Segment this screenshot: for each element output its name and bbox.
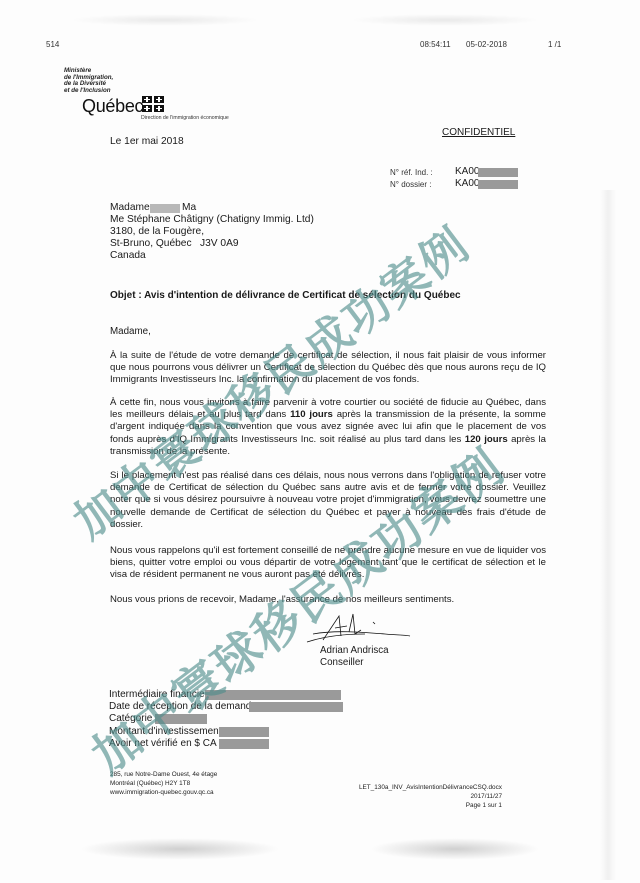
document-filename: LET_130a_INV_AvisIntentionDélivranceCSQ.… — [359, 783, 502, 792]
field-net-worth: Avoir net vérifié en $ CA : — [109, 738, 260, 750]
field-label: Catégorie : — [109, 713, 158, 724]
fax-time: 08:54:11 — [420, 40, 451, 49]
signatory-name: Adrian Andrisca — [320, 645, 389, 657]
reference-value: KA00 — [455, 166, 479, 178]
address-line: 285, rue Notre-Dame Ouest, 4e étage — [110, 770, 217, 779]
field-label: Montant d'investissement : — [109, 726, 227, 737]
fax-page-count: 1 /1 — [548, 40, 561, 49]
scan-shadow — [80, 838, 280, 860]
redaction-bar — [219, 727, 269, 737]
redaction-bar — [219, 739, 269, 749]
scanned-letter-page: 514 08:54:11 05-02-2018 1 /1 Ministère d… — [0, 0, 640, 883]
recipient-line: 3180, de la Fougère, — [110, 226, 204, 238]
field-category: Catégorie : — [109, 713, 260, 725]
redaction-bar — [150, 204, 180, 213]
recipient-line: Me Stéphane Châtigny (Chatigny Immig. Lt… — [110, 214, 314, 226]
fax-page-id: 514 — [46, 40, 59, 49]
quebec-fleur-de-lis-flag-icon — [142, 96, 166, 113]
reference-label: N° réf. Ind. : — [390, 167, 433, 179]
document-info: LET_130a_INV_AvisIntentionDélivranceCSQ.… — [359, 783, 502, 810]
fax-date: 05-02-2018 — [466, 40, 507, 49]
page-number: Page 1 sur 1 — [359, 801, 502, 810]
scan-shadow — [370, 838, 540, 860]
address-line: Montréal (Québec) H2Y 1T8 — [110, 779, 217, 788]
redaction-bar — [205, 690, 341, 700]
document-date: 2017/11/27 — [359, 792, 502, 801]
greeting: Madame, — [110, 326, 151, 338]
paragraph-4: Nous vous rappelons qu'il est fortement … — [110, 545, 546, 582]
scan-shadow — [600, 190, 616, 880]
application-details: Intermédiaire financier : Date de récept… — [109, 689, 260, 750]
letter-subject: Objet : Avis d'intention de délivrance d… — [110, 290, 461, 301]
paragraph-1: À la suite de l'étude de votre demande d… — [110, 350, 546, 387]
redaction-bar — [249, 702, 343, 712]
recipient-name: Ma — [182, 202, 196, 214]
redaction-bar — [155, 714, 207, 724]
closing-line: Nous vous prions de recevoir, Madame, l'… — [110, 594, 546, 606]
field-application-date: Date de réception de la demande: — [109, 701, 260, 713]
letter-date: Le 1er mai 2018 — [110, 136, 184, 148]
scan-shadow — [350, 14, 540, 26]
paragraph-2: À cette fin, nous vous invitons à faire … — [110, 397, 546, 458]
redaction-bar — [478, 180, 518, 189]
recipient-line: St-Bruno, Québec J3V 0A9 — [110, 238, 239, 250]
deadline-120-days: 120 jours — [465, 434, 508, 445]
signatory-title: Conseiller — [320, 657, 364, 669]
paragraph-3: Si le placement n'est pas réalisé dans c… — [110, 470, 546, 531]
confidential-label: CONFIDENTIEL — [442, 127, 515, 139]
direction-name: Direction de l'immigration économique — [141, 115, 229, 121]
ministry-name: Ministère de l'Immigration, de la Divers… — [64, 68, 113, 94]
field-label: Intermédiaire financier : — [109, 689, 214, 700]
ministry-line: et de l'Inclusion — [64, 88, 113, 95]
field-financial-intermediary: Intermédiaire financier : — [109, 689, 260, 701]
deadline-110-days: 110 jours — [290, 409, 333, 420]
field-investment-amount: Montant d'investissement : — [109, 726, 260, 738]
field-label: Avoir net vérifié en $ CA : — [109, 738, 222, 749]
quebec-wordmark: Québec — [82, 96, 143, 117]
website-link: www.immigration-quebec.gouv.qc.ca — [110, 788, 217, 797]
scan-shadow — [70, 14, 260, 26]
recipient-salutation: Madame — [110, 202, 150, 214]
dossier-value: KA00 — [455, 178, 479, 190]
field-label: Date de réception de la demande: — [109, 701, 260, 712]
ministry-address: 285, rue Notre-Dame Ouest, 4e étage Mont… — [110, 770, 217, 797]
redaction-bar — [478, 168, 518, 177]
dossier-label: N° dossier : — [390, 179, 431, 191]
recipient-line: Canada — [110, 250, 146, 262]
